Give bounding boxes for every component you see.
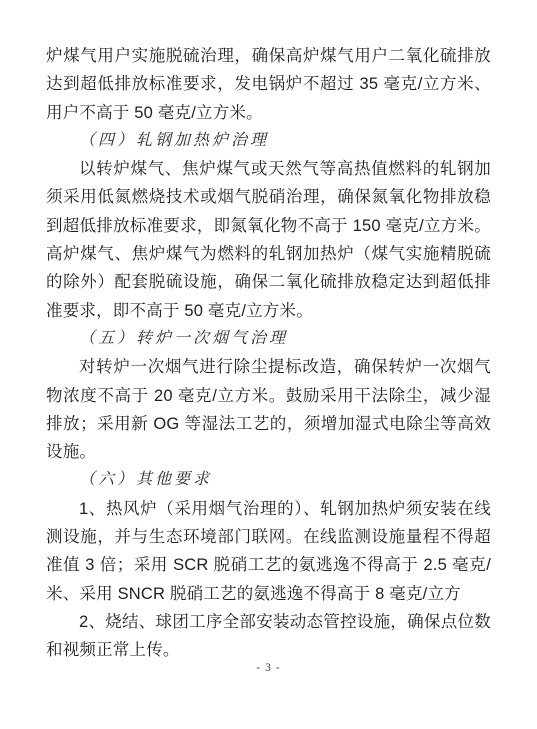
text-line: 排放；采用新 OG 等湿法工艺的，须增加湿式电除尘等高效除尘 [46,410,491,438]
text-line: 高炉煤气、焦炉煤气为燃料的轧钢加热炉（煤气实施精脱硫治理 [46,240,491,268]
text-line: 测设施，并与生态环境部门联网。在线监测设施量程不得超过标 [46,523,491,551]
text-line: 1、热风炉（采用烟气治理的）、轧钢加热炉须安装在线监 [46,495,491,523]
document-page: 炉煤气用户实施脱硫治理，确保高炉煤气用户二氧化硫排放稳定达到超低排放标准要求，发… [0,0,537,729]
text-line: 2、烧结、球团工序全部安装动态管控设施，确保点位数据 [46,608,491,636]
text-line: 用户不高于 50 毫克/立方米。 [46,99,491,127]
section-heading: （六）其他要求 [46,466,491,494]
text-line: 达到超低排放标准要求，发电锅炉不超过 35 毫克/立方米、其他 [46,70,491,98]
text-line: 和视频正常上传。 [46,636,491,664]
text-line: 炉煤气用户实施脱硫治理，确保高炉煤气用户二氧化硫排放稳定 [46,42,491,70]
text-line: 对转炉一次烟气进行除尘提标改造，确保转炉一次烟气颗粒 [46,353,491,381]
text-line: 以转炉煤气、焦炉煤气或天然气等高热值燃料的轧钢加热炉 [46,155,491,183]
page-number: - 3 - [0,662,537,674]
text-line: 米、采用 SNCR 脱硝工艺的氨逃逸不得高于 8 毫克/立方米。 [46,580,491,608]
text-line: 物浓度不高于 20 毫克/立方米。鼓励采用干法除尘，减少湿烟气 [46,382,491,410]
text-line: 设施。 [46,438,491,466]
document-body: 炉煤气用户实施脱硫治理，确保高炉煤气用户二氧化硫排放稳定达到超低排放标准要求，发… [46,42,491,665]
text-line: 的除外）配套脱硫设施，确保二氧化硫排放稳定达到超低排放标 [46,268,491,296]
section-heading: （五）转炉一次烟气治理 [46,325,491,353]
section-heading: （四）轧钢加热炉治理 [46,127,491,155]
text-line: 须采用低氮燃烧技术或烟气脱硝治理，确保氮氧化物排放稳定达 [46,183,491,211]
text-line: 准值 3 倍；采用 SCR 脱硝工艺的氨逃逸不得高于 2.5 毫克/立方 [46,551,491,579]
text-line: 准要求，即不高于 50 毫克/立方米。 [46,297,491,325]
text-line: 到超低排放标准要求，即氮氧化物不高于 150 毫克/立方米。以 [46,212,491,240]
